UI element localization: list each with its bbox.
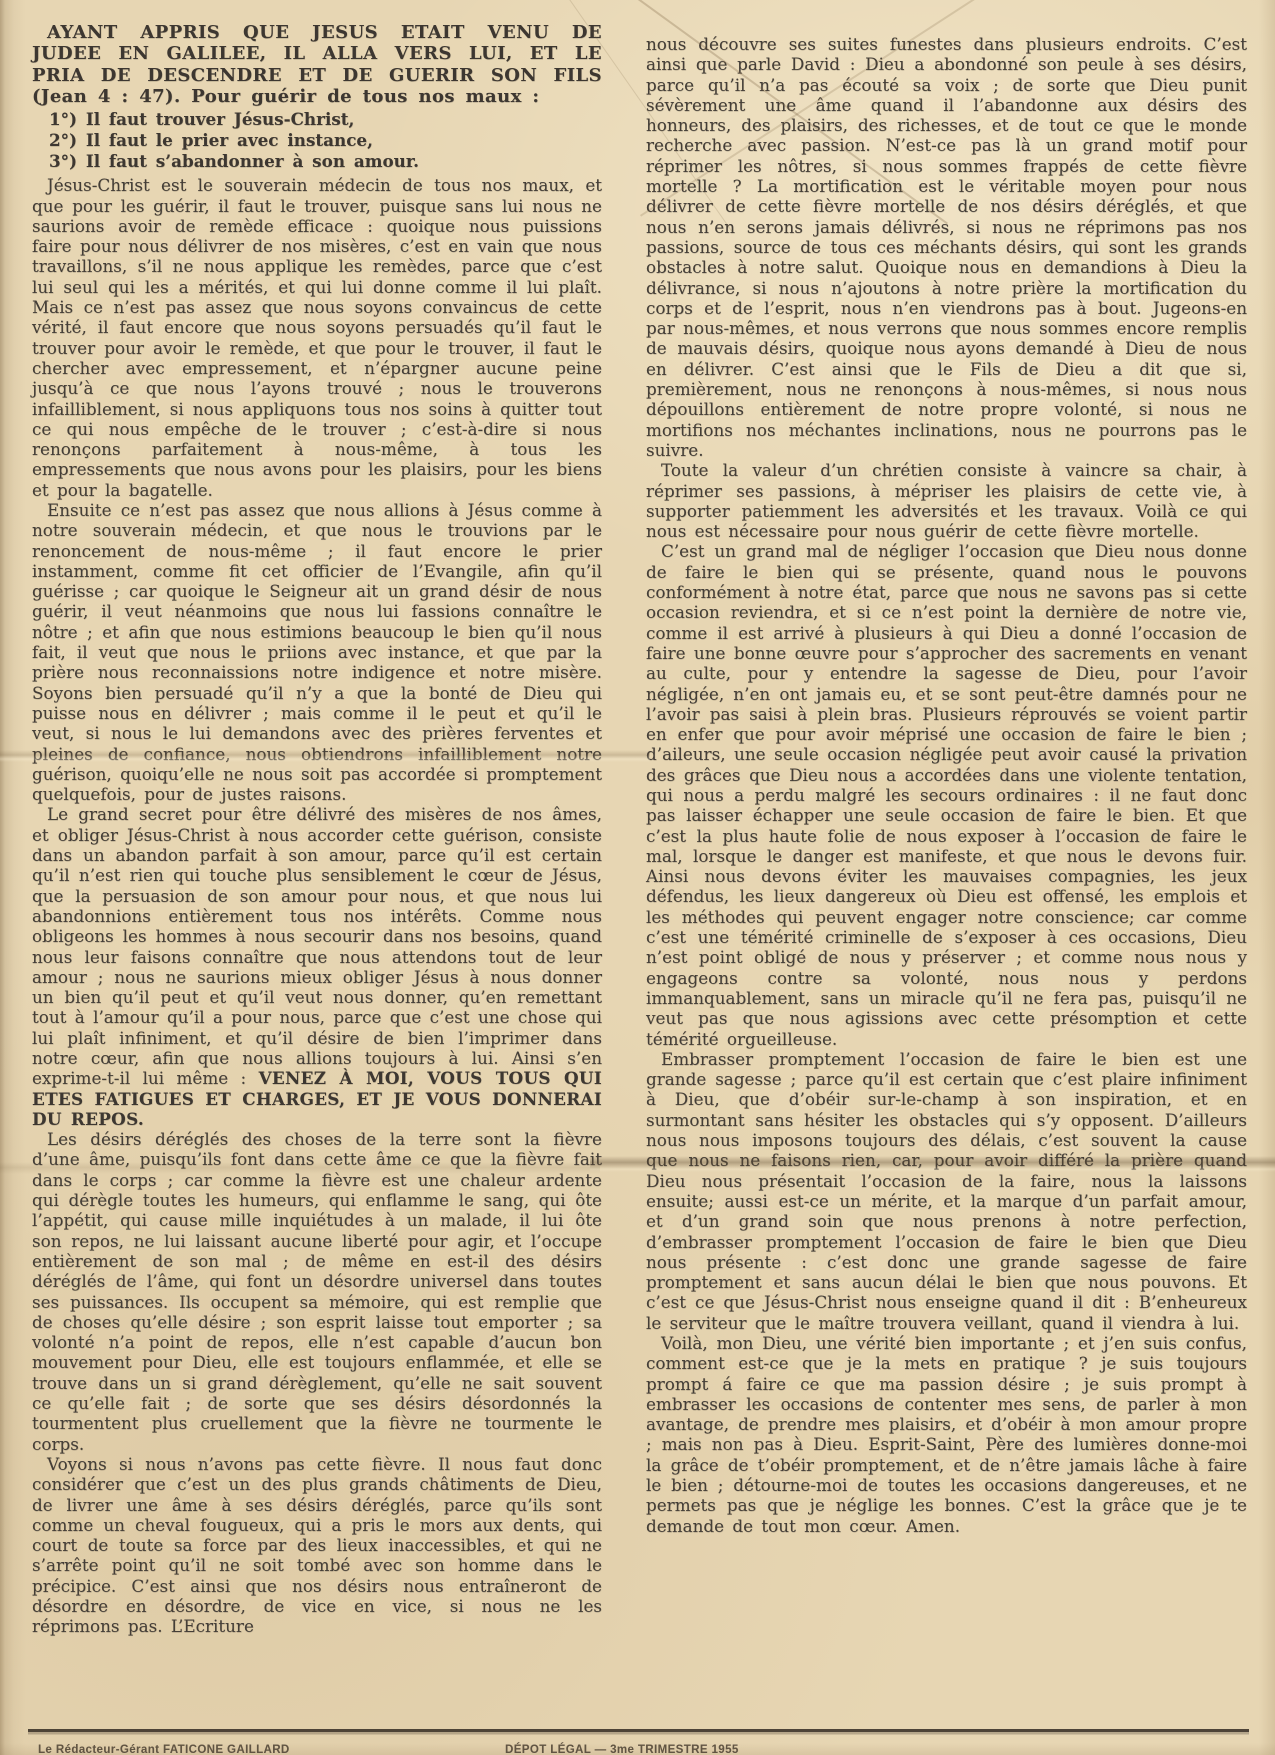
- two-column-text-block: AYANT APPRIS QUE JESUS ETAIT VENU DE JUD…: [0, 0, 1275, 1637]
- list-item-3: 3°) Il faut s’abandonner à son amour.: [32, 151, 602, 172]
- scripture-heading: AYANT APPRIS QUE JESUS ETAIT VENU DE JUD…: [32, 22, 602, 108]
- footer: Le Rédacteur-Gérant FATICONE GAILLARD DÉ…: [0, 1744, 1275, 1755]
- paragraph: Voyons si nous n’avons pas cette fièvre.…: [32, 1454, 602, 1637]
- paragraph: Ensuite ce n’est pas assez que nous alli…: [32, 500, 602, 804]
- paragraph: C’est un grand mal de négliger l’occasio…: [646, 541, 1247, 1048]
- paragraph-text: Le grand secret pour être délivré des mi…: [32, 804, 602, 1088]
- paragraph: Les désirs déréglés des choses de la ter…: [32, 1129, 602, 1454]
- list-item-1: 1°) Il faut trouver Jésus-Christ,: [32, 109, 602, 130]
- footer-editor-credit: Le Rédacteur-Gérant FATICONE GAILLARD: [38, 1744, 290, 1755]
- paragraph: Embrasser promptement l’occasion de fair…: [646, 1049, 1247, 1333]
- printed-page: AYANT APPRIS QUE JESUS ETAIT VENU DE JUD…: [0, 0, 1275, 1755]
- paragraph: Le grand secret pour être délivré des mi…: [32, 804, 602, 1129]
- paragraph: Voilà, mon Dieu, une vérité bien importa…: [646, 1333, 1247, 1536]
- footer-legal-deposit: DÉPOT LÉGAL — 3me TRIMESTRE 1955: [505, 1744, 739, 1755]
- paragraph: Jésus-Christ est le souverain médecin de…: [32, 175, 602, 500]
- list-item-2: 2°) Il faut le prier avec instance,: [32, 130, 602, 151]
- paragraph: Toute la valeur d’un chrétien consiste à…: [646, 460, 1247, 541]
- paragraph-continuation: nous découvre ses suites funestes dans p…: [646, 34, 1247, 460]
- footer-rule: [28, 1729, 1249, 1732]
- numbered-list: 1°) Il faut trouver Jésus-Christ, 2°) Il…: [32, 109, 602, 173]
- left-column: AYANT APPRIS QUE JESUS ETAIT VENU DE JUD…: [32, 22, 602, 1637]
- right-column: nous découvre ses suites funestes dans p…: [646, 22, 1247, 1637]
